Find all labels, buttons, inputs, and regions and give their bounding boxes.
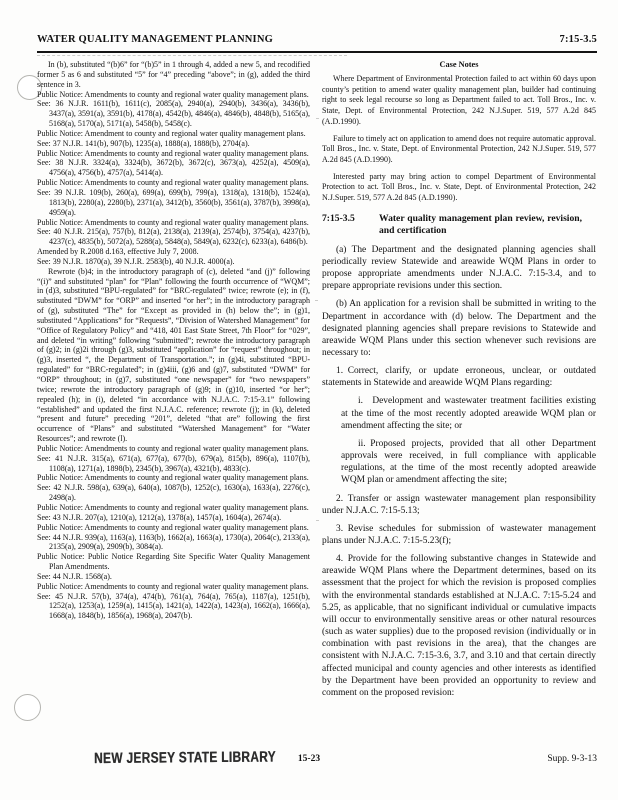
regulation-paragraph: 4. Provide for the following substantive… [322,553,596,699]
regulation-paragraph: (b) An application for a revision shall … [322,298,596,359]
page-number: 15-23 [0,754,618,764]
scan-speck [315,300,318,301]
left-column-entry: Public Notice: Amendments to county and … [37,523,310,533]
section-heading: 7:15-3.5 Water quality management plan r… [322,213,596,237]
punch-hole-bottom [14,694,41,721]
left-column-entry: Public Notice: Amendments to county and … [37,503,310,513]
left-column-entry: Public Notice: Amendments to county and … [37,473,310,483]
regulation-paragraph: 1. Correct, clarify, or update erroneous… [322,365,596,389]
case-note-paragraph: Where Department of Environmental Protec… [322,74,596,128]
left-column-entry: Public Notice: Amendments to county and … [37,444,310,454]
regulation-paragraph: 3. Revise schedules for submission of wa… [322,523,596,547]
left-column-entry: Amended by R.2008 d.163, effective July … [37,247,310,257]
document-page: WATER QUALITY MANAGEMENT PLANNING 7:15-3… [0,0,618,800]
left-column-entry: See: 39 N.J.R. 1870(a), 39 N.J.R. 2583(b… [37,257,310,267]
supplement-date: Supp. 9-3-13 [547,754,597,764]
right-column: Case Notes Where Department of Environme… [322,60,596,705]
left-column-entry: See: 45 N.J.R. 57(b), 374(a), 474(b), 76… [37,592,310,622]
case-note-paragraph: Interested party may bring action to com… [322,172,596,204]
left-column-entry: See: 44 N.J.R. 1568(a). [37,572,310,582]
left-column-entry: See: 41 N.J.R. 315(a), 671(a), 677(a), 6… [37,454,310,474]
regulation-paragraph: (a) The Department and the designated pl… [322,244,596,293]
header-section-number: 7:15-3.5 [560,34,597,45]
regulation-body: (a) The Department and the designated pl… [322,244,596,699]
left-column-entry: See: 40 N.J.R. 215(a), 757(b), 812(a), 2… [37,227,310,247]
left-column-entry: See: 43 N.J.R. 207(a), 1210(a), 1212(a),… [37,513,310,523]
left-column-entry: See: 36 N.J.R. 1611(b), 1611(c), 2085(a)… [37,99,310,129]
left-column-entry: See: 38 N.J.R. 3324(a), 3324(b), 3672(b)… [37,158,310,178]
case-notes-list: Where Department of Environmental Protec… [322,74,596,204]
left-column-entry: Rewrote (b)4; in the introductory paragr… [37,267,310,444]
left-column-entry: Public Notice: Amendments to county and … [37,218,310,228]
left-column-entry: Public Notice: Amendments to county and … [37,149,310,159]
left-column-entry: See: 39 N.J.R. 109(b), 260(a), 699(a), 6… [37,188,310,218]
regulation-paragraph: 2. Transfer or assign wastewater managem… [322,493,596,517]
left-column-amendment-history: In (b), substituted “(b)6” for “(b)5” in… [37,60,310,621]
left-column-entry: Public Notice: Amendments to county and … [37,178,310,188]
header-rule [37,51,597,53]
section-title: Water quality management plan review, re… [379,213,582,237]
left-column-entry: Public Notice: Amendments to county and … [37,90,310,100]
left-column-entry: See: 37 N.J.R. 141(b), 907(b), 1235(a), … [37,139,310,149]
header-rule-scan-artifact [37,55,347,56]
left-column-entry: In (b), substituted “(b)6” for “(b)5” in… [37,60,310,90]
left-column-entry: Public Notice: Public Notice Regarding S… [37,552,310,572]
scan-speck [316,520,319,521]
left-column-entry: Public Notice: Amendment to county and r… [37,129,310,139]
regulation-paragraph: ii. Proposed projects, provided that all… [322,438,596,487]
scan-speck [316,118,319,119]
header-title: WATER QUALITY MANAGEMENT PLANNING [37,34,273,45]
case-notes-heading: Case Notes [322,60,596,69]
regulation-paragraph: i. Development and wastewater treatment … [322,395,596,431]
left-column-entry: Public Notice: Amendments to county and … [37,582,310,592]
left-column-entry: See: 44 N.J.R. 939(a), 1163(a), 1163(b),… [37,533,310,553]
page-header: WATER QUALITY MANAGEMENT PLANNING 7:15-3… [37,34,597,45]
left-column-entry: See: 42 N.J.R. 598(a), 639(a), 640(a), 1… [37,483,310,503]
case-note-paragraph: Failure to timely act on application to … [322,134,596,166]
section-number: 7:15-3.5 [322,213,379,237]
